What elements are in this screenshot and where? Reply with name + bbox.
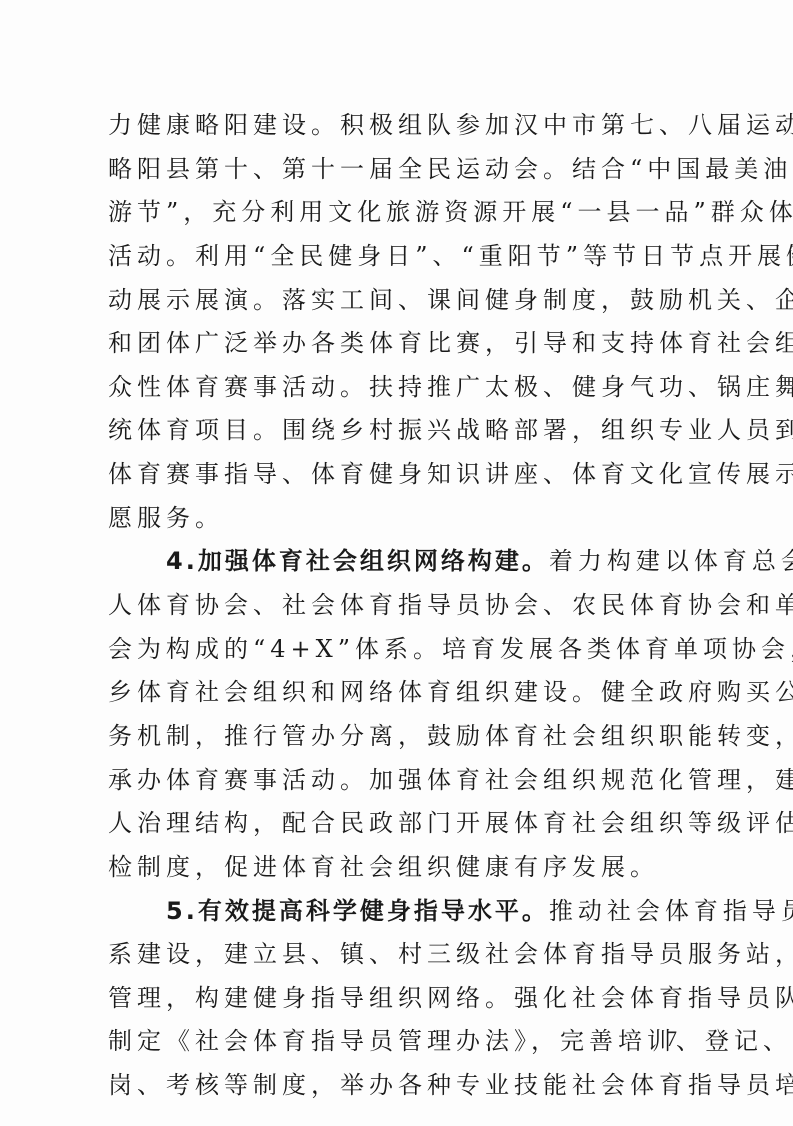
paragraph-line: 系建设，建立县、镇、村三级社会体育指导员服务站，实行分级 [108, 933, 698, 977]
section-5-text: 推动社会体育指导员服务体 [549, 897, 793, 925]
paragraph-line: 游节”，充分利用文化旅游资源开展“一县一品”群众体育赛事 [108, 191, 698, 235]
section-4-heading: 4.加强体育社会组织网络构建。 [166, 547, 549, 575]
section-5-heading: 5.有效提高科学健身指导水平。 [166, 897, 549, 925]
paragraph-line: 务机制，推行管办分离，鼓励体育社会组织职能转变，积极承接 [108, 715, 698, 759]
paragraph-line: 岗、考核等制度，举办各种专业技能社会体育指导员培训班，提 [108, 1064, 698, 1108]
paragraph-line: 人治理结构，配合民政部门开展体育社会组织等级评估，落实年 [108, 802, 698, 846]
document-page: 力健康略阳建设。积极组队参加汉中市第七、八届运动会，办好 略阳县第十、第十一届全… [0, 0, 793, 1126]
paragraph-line: 人体育协会、社会体育指导员协会、农民体育协会和单项体育协 [108, 584, 698, 628]
paragraph-line: 力健康略阳建设。积极组队参加汉中市第七、八届运动会，办好 [108, 104, 698, 148]
paragraph-line: 愿服务。 [108, 497, 698, 541]
paragraph-line: 统体育项目。围绕乡村振兴战略部署，组织专业人员到镇村开展 [108, 409, 698, 453]
paragraph-line: 略阳县第十、第十一届全民运动会。结合“中国最美油菜花海旅 [108, 148, 698, 192]
paragraph-line: 活动。利用“全民健身日”、“重阳节”等节日节点开展健身活 [108, 235, 698, 279]
paragraph-line: 动展示展演。落实工间、课间健身制度，鼓励机关、企事业单位 [108, 279, 698, 323]
paragraph-line: 管理，构建健身指导组织网络。强化社会体育指导员队伍建设， [108, 977, 698, 1021]
document-body: 力健康略阳建设。积极组队参加汉中市第七、八届运动会，办好 略阳县第十、第十一届全… [108, 104, 698, 1108]
page-number: 7 [666, 1026, 677, 1052]
paragraph-line: 众性体育赛事活动。扶持推广太极、健身气功、锅庄舞等民间传 [108, 366, 698, 410]
paragraph-line: 和团体广泛举办各类体育比赛，引导和支持体育社会组织举办群 [108, 322, 698, 366]
paragraph-line: 制定《社会体育指导员管理办法》，完善培训、登记、注册、上 [108, 1020, 698, 1064]
paragraph-line: 体育赛事指导、体育健身知识讲座、体育文化宣传展示等体育志 [108, 453, 698, 497]
section-4-text: 着力构建以体育总会、老年 [549, 547, 793, 575]
section-5-first-line: 5.有效提高科学健身指导水平。推动社会体育指导员服务体 [108, 890, 698, 934]
paragraph-line: 承办体育赛事活动。加强体育社会组织规范化管理，建立完善法 [108, 759, 698, 803]
section-4-first-line: 4.加强体育社会组织网络构建。着力构建以体育总会、老年 [108, 540, 698, 584]
paragraph-line: 会为构成的“4+X”体系。培育发展各类体育单项协会，加强城 [108, 628, 698, 672]
paragraph-line: 乡体育社会组织和网络体育组织建设。健全政府购买公共体育服 [108, 671, 698, 715]
paragraph-line: 检制度，促进体育社会组织健康有序发展。 [108, 846, 698, 890]
